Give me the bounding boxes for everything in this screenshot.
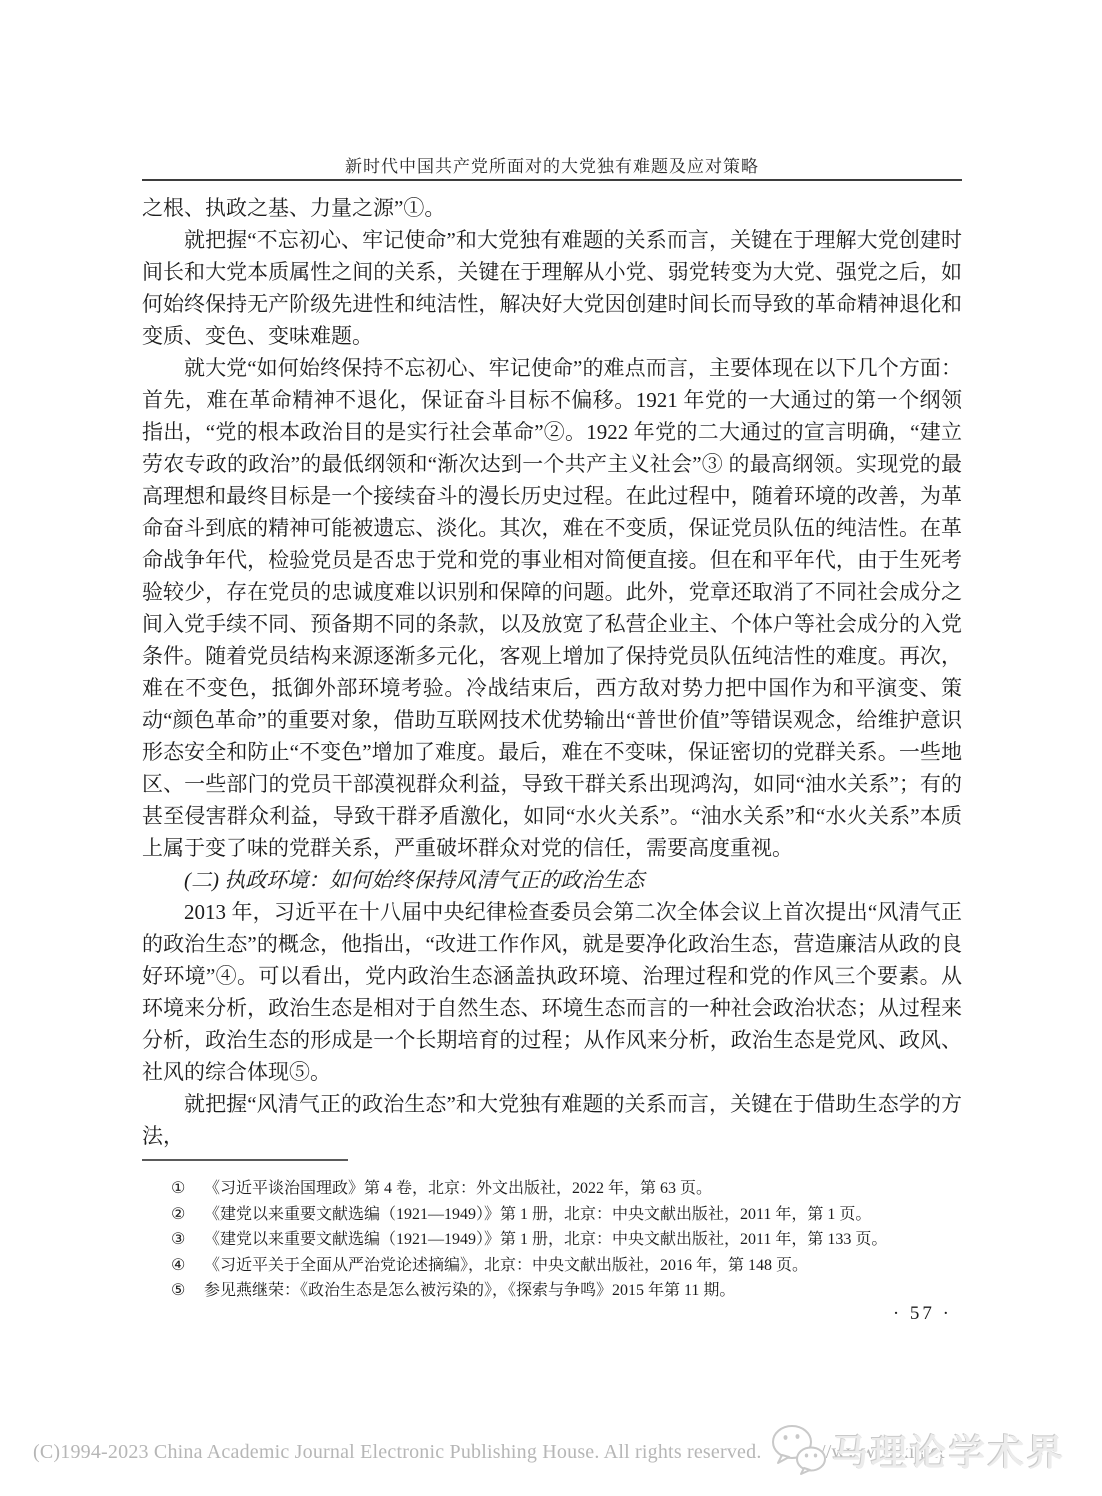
paragraph: 就大党“如何始终保持不忘初心、牢记使命”的难点而言，主要体现在以下几个方面：首先… — [142, 352, 962, 864]
paragraph: 就把握“不忘初心、牢记使命”和大党独有难题的关系而言，关键在于理解大党创建时间长… — [142, 224, 962, 352]
paragraph: 2013 年，习近平在十八届中央纪律检查委员会第二次全体会议上首次提出“风清气正… — [142, 896, 962, 1088]
paragraph: 就把握“风清气正的政治生态”和大党独有难题的关系而言，关键在于借助生态学的方法， — [142, 1088, 962, 1152]
watermark: 马理论学术界 — [770, 1423, 1066, 1477]
footnote-text: 《习近平关于全面从严治党论述摘编》，北京：中央文献出版社，2016 年，第 14… — [204, 1253, 972, 1279]
section-heading: (二) 执政环境：如何始终保持风清气正的政治生态 — [142, 864, 962, 896]
footnote-item: ③ 《建党以来重要文献选编（1921—1949）》第 1 册，北京：中央文献出版… — [142, 1227, 972, 1253]
footnote-text: 参见燕继荣：《政治生态是怎么被污染的》，《探索与争鸣》2015 年第 11 期。 — [204, 1278, 972, 1304]
footnote-item: ② 《建党以来重要文献选编（1921—1949）》第 1 册，北京：中央文献出版… — [142, 1202, 972, 1228]
footnote-item: ⑤ 参见燕继荣：《政治生态是怎么被污染的》，《探索与争鸣》2015 年第 11 … — [142, 1278, 972, 1304]
footnote-marker: ⑤ — [142, 1278, 204, 1304]
footnote-text: 《建党以来重要文献选编（1921—1949）》第 1 册，北京：中央文献出版社，… — [204, 1202, 972, 1228]
wechat-icon — [770, 1423, 828, 1477]
page-number: · 57 · — [893, 1303, 952, 1325]
footnote-item: ④ 《习近平关于全面从严治党论述摘编》，北京：中央文献出版社，2016 年，第 … — [142, 1253, 972, 1279]
footnote-marker: ③ — [142, 1227, 204, 1253]
footnote-text: 《建党以来重要文献选编（1921—1949）》第 1 册，北京：中央文献出版社，… — [204, 1227, 972, 1253]
footnote-marker: ② — [142, 1202, 204, 1228]
footnote-marker: ① — [142, 1176, 204, 1202]
watermark-text: 马理论学术界 — [832, 1425, 1066, 1476]
footnote-text: 《习近平谈治国理政》第 4 卷，北京：外文出版社，2022 年，第 63 页。 — [204, 1176, 972, 1202]
running-header-title: 新时代中国共产党所面对的大党独有难题及应对策略 — [142, 152, 962, 177]
footnotes-block: ① 《习近平谈治国理政》第 4 卷，北京：外文出版社，2022 年，第 63 页… — [142, 1176, 972, 1304]
document-page: 新时代中国共产党所面对的大党独有难题及应对策略 之根、执政之基、力量之源”①。 … — [0, 0, 1102, 1496]
article-body: 之根、执政之基、力量之源”①。 就把握“不忘初心、牢记使命”和大党独有难题的关系… — [142, 192, 962, 1152]
footnote-divider — [142, 1159, 348, 1161]
footnote-marker: ④ — [142, 1253, 204, 1279]
header-rule — [142, 179, 962, 181]
paragraph-continuation: 之根、执政之基、力量之源”①。 — [142, 192, 962, 224]
footnote-item: ① 《习近平谈治国理政》第 4 卷，北京：外文出版社，2022 年，第 63 页… — [142, 1176, 972, 1202]
